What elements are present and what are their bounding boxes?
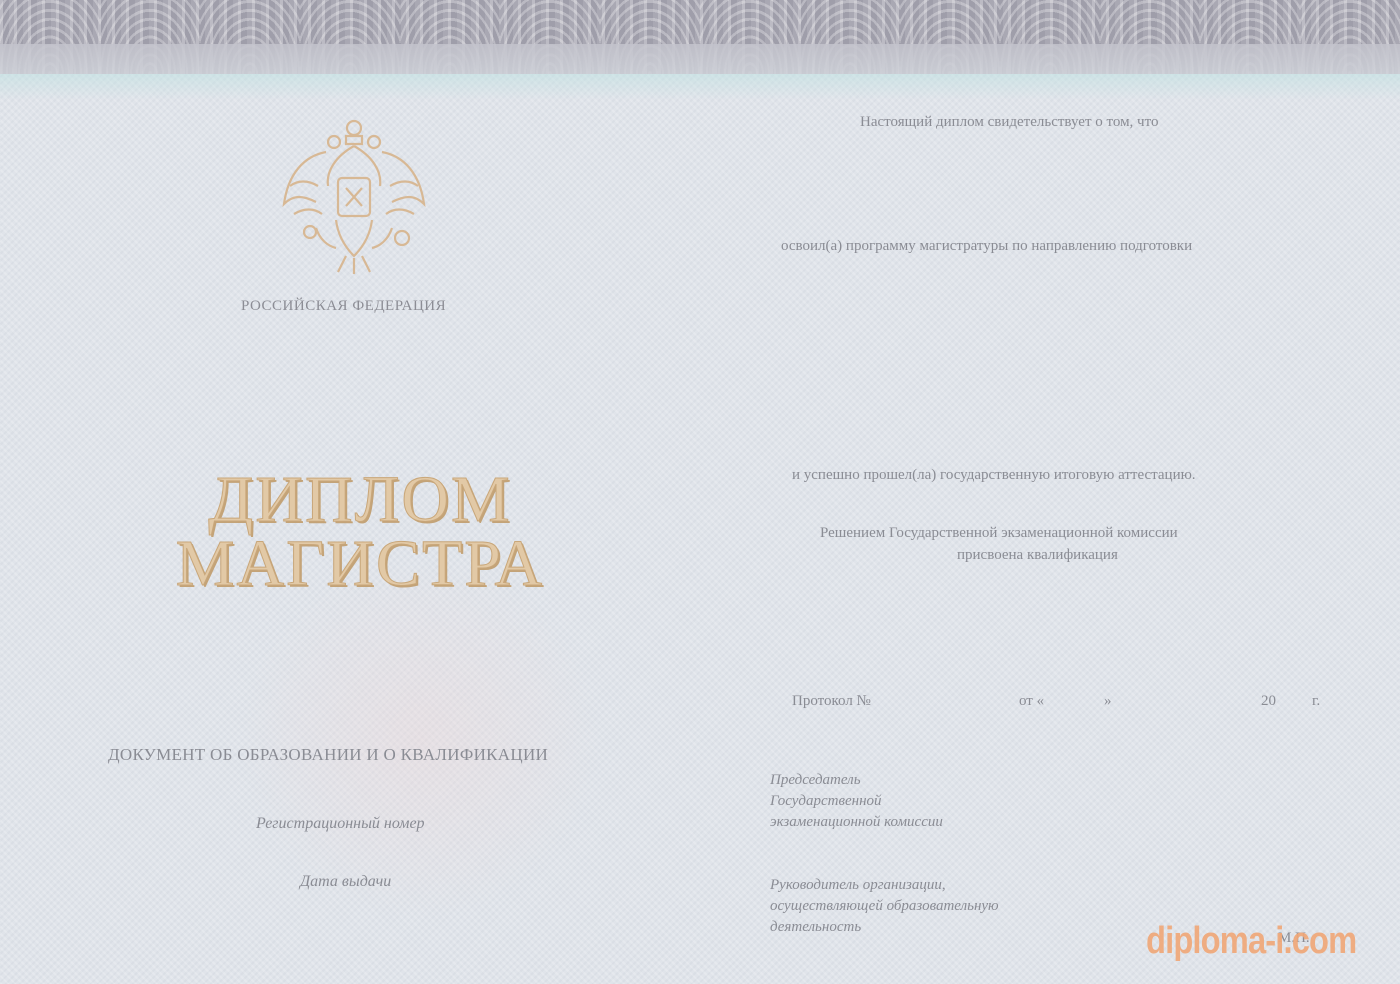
protocol-close-quote: » <box>1104 693 1112 710</box>
chairman-line: Председатель <box>770 770 943 791</box>
attestation-line: и успешно прошел(ла) государственную ито… <box>792 467 1196 484</box>
protocol-from: от « <box>1019 693 1044 710</box>
certifies-line: Настоящий диплом свидетельствует о том, … <box>860 114 1158 131</box>
country-name: РОССИЙСКАЯ ФЕДЕРАЦИЯ <box>241 298 446 315</box>
guilloche-fade <box>0 74 1400 100</box>
diploma-spread: РОССИЙСКАЯ ФЕДЕРАЦИЯ ДИПЛОМ МАГИСТРА ДОК… <box>0 0 1400 984</box>
site-watermark: diploma-i.com <box>1146 920 1356 963</box>
head-line: Руководитель организации, <box>770 875 999 896</box>
diploma-title-line2: МАГИСТРА <box>160 526 560 602</box>
chairman-signature-label: Председатель Государственной экзаменацио… <box>770 770 943 833</box>
chairman-line: экзаменационной комиссии <box>770 812 943 833</box>
document-type: ДОКУМЕНТ ОБ ОБРАЗОВАНИИ И О КВАЛИФИКАЦИИ <box>108 745 548 765</box>
protocol-year-prefix: 20 <box>1261 693 1276 710</box>
coat-of-arms-icon <box>276 116 432 276</box>
guilloche-border <box>0 0 1400 74</box>
decision-line1: Решением Государственной экзаменационной… <box>820 525 1178 542</box>
program-line: освоил(а) программу магистратуры по напр… <box>781 238 1192 255</box>
registration-number-label: Регистрационный номер <box>256 815 425 833</box>
head-of-organization-label: Руководитель организации, осуществляющей… <box>770 875 999 938</box>
chairman-line: Государственной <box>770 791 943 812</box>
protocol-year-suffix: г. <box>1312 693 1320 710</box>
decision-line2: присвоена квалификация <box>957 547 1118 564</box>
protocol-label: Протокол № <box>792 693 871 710</box>
issue-date-label: Дата выдачи <box>300 873 391 891</box>
head-line: деятельность <box>770 917 999 938</box>
head-line: осуществляющей образовательную <box>770 896 999 917</box>
